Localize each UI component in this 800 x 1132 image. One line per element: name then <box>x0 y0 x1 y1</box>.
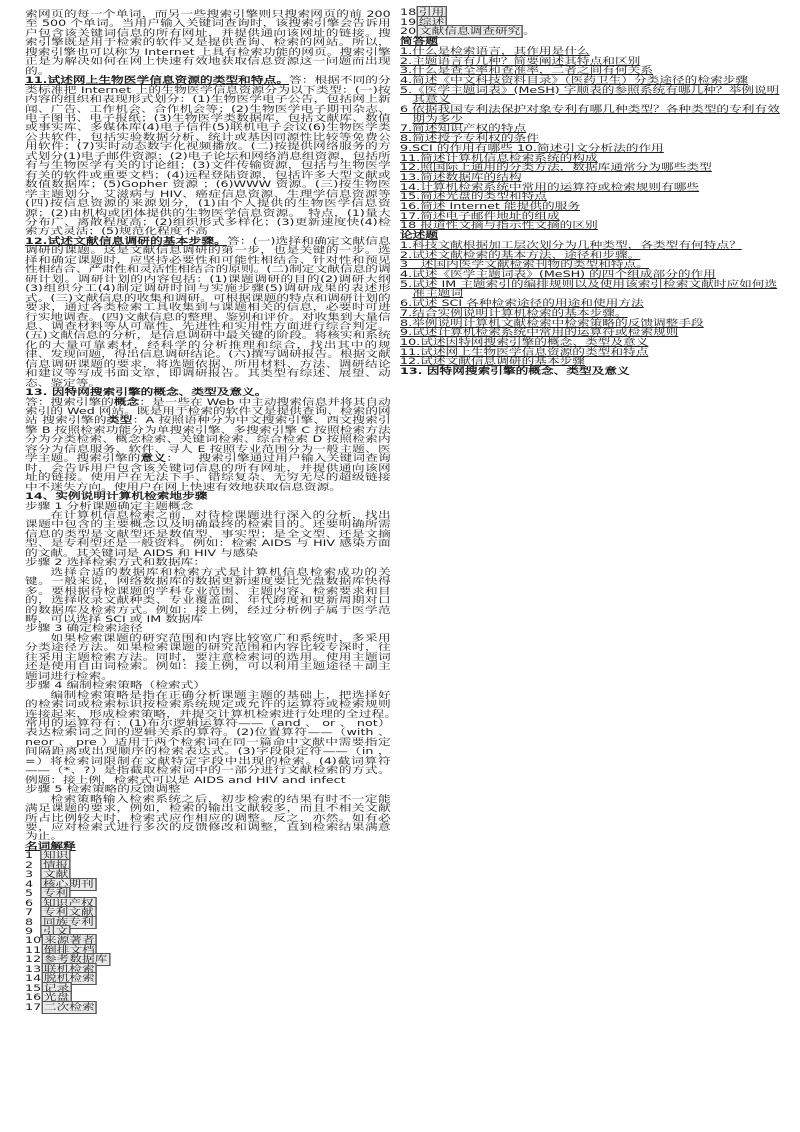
question-text: 6 依据我国专利法保护对象专利有哪几种类型？各种类型的专利有效期为多少 <box>400 104 780 125</box>
left-column-text: 索网页的每一个单词，而另一些搜索引擎则只搜索网页的前 200 至 500 个单词… <box>25 10 391 1012</box>
glossary-term-suffix: 。 <box>523 26 536 37</box>
text-segment: 答：(一)选择和确定文献信息调研的课题。这是文献信息调研的第一步，也是关键的一步… <box>25 236 391 389</box>
text-segment: 索网页的每一个单词，而另一些搜索引擎则只搜索网页的前 200 至 500 个单词… <box>25 9 391 77</box>
section-11: 11.试述网上生物医学信息资源的类型和特点。答：根据不同的分类标准把 Inter… <box>25 76 391 237</box>
question-item: 18 报道性文摘与指示性文摘的区别 <box>400 221 782 231</box>
text-segment: 选择合适的数据库和检索方式是计算机信息检索成功的关键。一般来说，网络数据库的数据… <box>25 567 391 625</box>
glossary-item: 8同族专利 <box>25 918 391 927</box>
glossary-heading: 名词解释 <box>25 842 391 851</box>
glossary-item: 15记录 <box>25 984 391 993</box>
question-item: 13. 因特网搜索引擎的概念、类型及意义 <box>400 367 782 377</box>
section-12: 12.试述文献信息调研的基本步骤。答：(一)选择和确定文献信息调研的课题。这是文… <box>25 237 391 388</box>
step-3-body: 如果检索课题的研究范围和内容比较宽广和系统时，多采用分类途径方法。如果检索课题的… <box>25 634 391 681</box>
step-1-body: 在计算机信息检索之前，对待检课题进行深入的分析，找出课题中包含的主要概念以及明确… <box>25 511 391 558</box>
question-text: 13. 因特网搜索引擎的概念、类型及意义 <box>400 366 630 377</box>
glossary-item-number: 17 <box>25 1003 41 1012</box>
glossary-item: 4核心期刊 <box>25 880 391 889</box>
text-segment: 答：根据不同的分类标准把 Internet 上的生物医学信息资源分为以下类型：(… <box>25 75 391 237</box>
step-5-body: 检索策略输入检索系统之后，初步检索的结果有时不一定能满足课题的要求，例如，检索的… <box>25 795 391 842</box>
step-4-body: 编制检索策略是指在正确分析课题主题的基础上，把选择好的检索词或检索标识按检索系统… <box>25 691 391 786</box>
right-column: 18引用19综述20文献信息调查研究。简答题1.什么是检索语言，其作用是什么2.… <box>400 8 677 377</box>
question-text: 5.试述 IM 主题索引的编排规则以及使用该索引检索文献时应如何选准主题词 <box>400 279 777 300</box>
text-segment: 检索策略输入检索系统之后，初步检索的结果有时不一定能满足课题的要求，例如，检索的… <box>25 794 391 843</box>
question-text: 5.《医学主题词表》(MeSH) 字顺表的参照系统有哪几种？举例说明其意义 <box>400 85 779 106</box>
question-item: 6 依据我国专利法保护对象专利有哪几种类型？各种类型的专利有效期为多少 <box>400 105 782 124</box>
glossary-item: 1知识 <box>25 851 391 860</box>
text-segment: 在计算机信息检索之前，对待检课题进行深入的分析，找出课题中包含的主要概念以及明确… <box>25 510 391 559</box>
text-segment: 如果检索课题的研究范围和内容比较宽广和系统时，多采用分类途径方法。如果检索课题的… <box>25 633 391 682</box>
glossary-item: 18引用 <box>400 8 782 18</box>
glossary-item: 20文献信息调查研究。 <box>400 27 782 37</box>
question-item: 5.《医学主题词表》(MeSH) 字顺表的参照系统有哪几种？举例说明其意义 <box>400 86 782 105</box>
step-2-body: 选择合适的数据库和检索方式是计算机信息检索成功的关键。一般来说，网络数据库的数据… <box>25 568 391 625</box>
document-page: 索网页的每一个单词，而另一些搜索引擎则只搜索网页的前 200 至 500 个单词… <box>0 0 800 1132</box>
question-item: 5.试述 IM 主题索引的编排规则以及使用该索引检索文献时应如何选准主题词 <box>400 280 782 299</box>
glossary-item: 2情报 <box>25 861 391 870</box>
right-column-text: 18引用19综述20文献信息调查研究。简答题1.什么是检索语言，其作用是什么2.… <box>400 8 782 377</box>
left-column: 索网页的每一个单词，而另一些搜索引擎则只搜索网页的前 200 至 500 个单词… <box>25 10 290 1012</box>
text-segment: 编制检索策略是指在正确分析课题主题的基础上，把选择好的检索词或检索标识按检索系统… <box>25 690 416 786</box>
intro-paragraph: 索网页的每一个单词，而另一些搜索引擎则只搜索网页的前 200 至 500 个单词… <box>25 10 391 76</box>
glossary-item: 14脱机检索 <box>25 974 391 983</box>
glossary-item: 17二次检索 <box>25 1003 391 1012</box>
section-13-answer: 答：搜索引擎的概念：是一些在 Web 中主动搜索信息并将其自动索引的 Wed 网… <box>25 398 391 493</box>
glossary-term-box: 二次检索 <box>41 1001 97 1014</box>
